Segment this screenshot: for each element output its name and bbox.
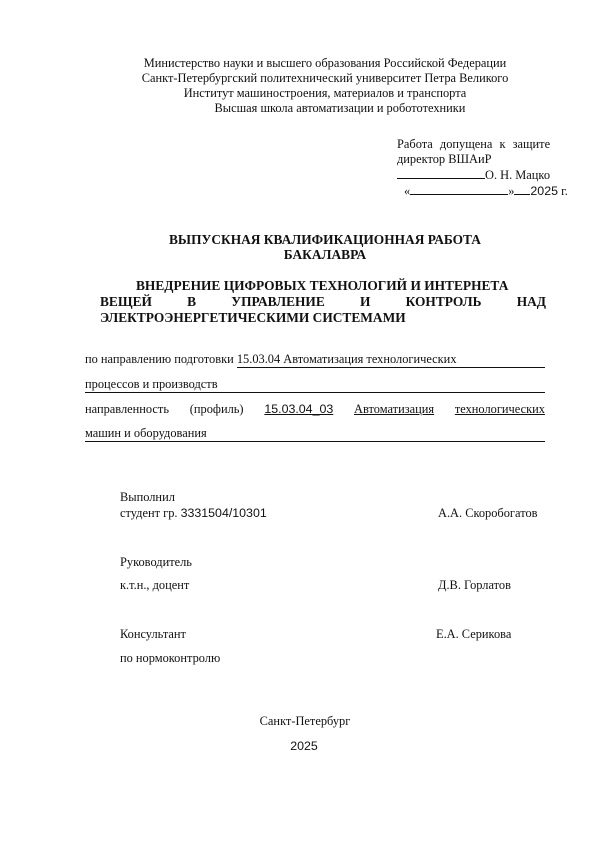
- approval-year-suffix: г.: [558, 184, 568, 198]
- approval-signature-line: О. Н. Мацко: [397, 167, 577, 183]
- signature-title-consultant: по нормоконтролю: [120, 651, 220, 666]
- footer-year: 2025: [0, 739, 595, 753]
- month-blank: [514, 183, 530, 195]
- direction-value-line2: процессов и производств: [85, 376, 545, 393]
- signature-name-consultant: Е.А. Серикова: [436, 627, 511, 642]
- signature-name-supervisor: Д.В. Горлатов: [438, 578, 511, 593]
- signature-role-performer: Выполнил: [120, 490, 175, 505]
- approval-line1: Работа допущена к защите: [397, 137, 577, 152]
- profile-label-word: (профиль): [190, 401, 244, 417]
- profile-label-word: направленность: [85, 401, 169, 417]
- topic-line2: ВЕЩЕЙ В УПРАВЛЕНИЕ И КОНТРОЛЬ НАД: [100, 294, 546, 310]
- date-blank: [410, 183, 508, 195]
- approval-year: 2025: [530, 184, 558, 198]
- topic-word: КОНТРОЛЬ: [406, 294, 482, 310]
- signature-blank: [397, 167, 485, 179]
- footer-city: Санкт-Петербург: [0, 714, 595, 729]
- university-line: Санкт-Петербургский политехнический унив…: [0, 71, 595, 86]
- ministry-line: Министерство науки и высшего образования…: [0, 56, 595, 71]
- school-line: Высшая школа автоматизации и робототехни…: [15, 101, 595, 116]
- institute-line: Институт машиностроения, материалов и тр…: [0, 86, 595, 101]
- work-type-title: ВЫПУСКНАЯ КВАЛИФИКАЦИОННАЯ РАБОТА: [0, 232, 595, 248]
- approval-line2: директор ВШАиР: [397, 152, 577, 167]
- profile-line2: машин и оборудования: [85, 425, 545, 442]
- topic-word: НАД: [517, 294, 546, 310]
- topic-word: В: [187, 294, 196, 310]
- direction-label: по направлению подготовки: [85, 351, 237, 368]
- approval-signatory: О. Н. Мацко: [485, 168, 550, 182]
- direction-line2: процессов и производств: [85, 376, 545, 393]
- direction-line1: по направлению подготовки 15.03.04 Автом…: [85, 351, 545, 368]
- profile-value-line2: машин и оборудования: [85, 425, 545, 442]
- approval-date-line: «»2025 г.: [404, 183, 584, 199]
- topic-line1: ВНЕДРЕНИЕ ЦИФРОВЫХ ТЕХНОЛОГИЙ И ИНТЕРНЕТ…: [136, 278, 508, 294]
- direction-value-line1: 15.03.04 Автоматизация технологических: [237, 351, 545, 368]
- degree-title: БАКАЛАВРА: [0, 247, 595, 263]
- profile-value-word: Автоматизация: [354, 401, 434, 417]
- student-group-prefix: студент гр.: [120, 506, 181, 520]
- signature-role-consultant: Консультант: [120, 627, 186, 642]
- profile-line1: направленность (профиль) 15.03.04_03 Авт…: [85, 401, 545, 417]
- topic-word: И: [360, 294, 370, 310]
- topic-word: УПРАВЛЕНИЕ: [231, 294, 324, 310]
- profile-value-word: технологических: [455, 401, 545, 417]
- signature-name-performer: А.А. Скоробогатов: [438, 506, 538, 521]
- signature-group-line: студент гр. 3331504/10301: [120, 506, 267, 521]
- student-group-number: 3331504/10301: [181, 506, 267, 520]
- profile-code: 15.03.04_03: [264, 401, 333, 417]
- signature-title-supervisor: к.т.н., доцент: [120, 578, 189, 593]
- signature-role-supervisor: Руководитель: [120, 555, 192, 570]
- topic-line3: ЭЛЕКТРОЭНЕРГЕТИЧЕСКИМИ СИСТЕМАМИ: [100, 310, 406, 326]
- topic-word: ВЕЩЕЙ: [100, 294, 152, 310]
